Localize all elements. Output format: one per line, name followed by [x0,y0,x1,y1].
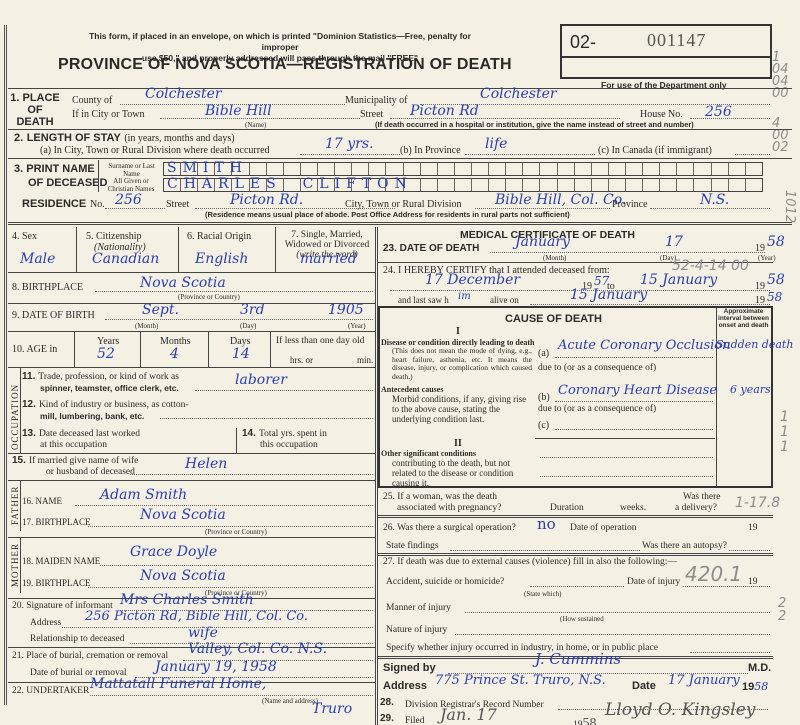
house-value: 256 [705,104,732,120]
residence-province-value: N.S. [700,192,729,208]
place-of-death-label: 1. PLACE OF DEATH [10,92,60,128]
due-to-label-a: due to (or as a consequence of) [538,363,656,373]
attended-to-date: 15 January [640,272,717,288]
residence-street-label: Street [166,199,189,210]
injury-year-prefix: 19 [748,577,758,587]
dod-label: 23. DATE OF DEATH [383,243,479,254]
occupation-side-label: OCCUPATION [10,375,20,450]
alive-year-prefix: 19 [755,295,765,306]
residence-street-value: Picton Rd. [230,192,303,208]
cause-c-prefix: (c) [538,420,549,431]
alive-date: 15 January [570,287,647,303]
cause-b-prefix: (b) [538,392,550,403]
alive-on-label: alive on [490,295,519,305]
duration-label: Duration [550,503,584,513]
spouse-value: Helen [185,456,227,472]
sex-label: 4. Sex [12,231,37,242]
relationship-label: Relationship to deceased [30,634,124,644]
operation-date-label: Date of operation [570,523,636,533]
city-label: If in City or Town [72,109,144,120]
nature-label: Nature of injury [386,625,447,635]
given-value: CHARLES CLIFTON [167,176,413,192]
dod-month-hint: (Month) [543,254,566,262]
mother-birthplace: Nova Scotia [140,568,226,584]
q25-code: 1-17.8 [735,495,780,511]
registrar-signature: Lloyd O. Kingsley [605,700,755,720]
margin-code-3: 1012 [782,190,797,223]
burial-date: January 19, 1958 [155,659,277,675]
physician-address: 775 Prince St. Truro, N.S. [435,673,606,688]
residence-city-value: Bible Hill, Col. Co. [495,192,626,208]
cause-a-interval: Sudden death [716,338,793,351]
informant-address-label: Address [30,618,61,628]
racial-value: English [195,251,248,267]
burial-place-label: 21. Place of burial, cremation or remova… [12,651,168,661]
q28-number: 28. [380,697,394,708]
filed-label: Filed [405,716,425,725]
stay-city-label: (a) In City, Town or Rural Division wher… [40,145,270,156]
q29-number: 29. [380,713,394,724]
undertaker-extra: Truro [312,701,352,717]
stay-province-label: (b) In Province [400,145,461,156]
registration-number: 001147 [647,30,706,51]
last-saw-pronoun: im [458,291,471,302]
mother-side-label: MOTHER [10,542,20,587]
signed-by-label: Signed by [383,662,436,674]
other-conditions-hint: contributing to the death, but not relat… [392,458,532,488]
dob-year: 1905 [328,302,364,318]
part-2-label: II [454,438,462,449]
registration-prefix: 02- [570,32,596,53]
stay-canada-label: (c) In Canada (if immigrant) [598,145,712,156]
notice-line-1: This form, if placed in an envelope, on … [70,31,490,53]
md-label: M.D. [748,662,771,674]
surname-boxes [163,162,763,176]
q14-label: 14. Total yrs. spent in this occupation [242,428,327,451]
birthplace-label: 8. BIRTHPLACE [12,282,83,293]
age-days: 14 [232,346,250,362]
signature-date-label: Date [632,680,656,692]
spouse-label: 15. If married give name of wife or husb… [12,455,138,478]
residence-city-label: City, Town or Rural Division [345,199,462,210]
dod-year: 58 [767,234,785,250]
manner-hint: (How sustained [560,615,604,623]
residence-province-label: Province [612,199,648,210]
father-name: Adam Smith [100,487,187,503]
q11-label: 11. Trade, profession, or kind of work a… [22,371,179,394]
margin-ticks: 1 1 1 [780,410,789,455]
weeks-label: weeks. [620,503,646,513]
municipality-value: Colchester [480,86,557,102]
sex-value: Male [20,251,55,267]
street-value: Picton Rd [410,103,479,119]
racial-label: 6. Racial Origin [187,231,251,242]
citizenship-value: Canadian [92,251,159,267]
length-of-stay-label: 2. LENGTH OF STAY (in years, months and … [14,131,235,144]
accident-hint: (State which) [524,590,562,598]
manner-label: Manner of injury [386,603,451,613]
left-border [4,25,7,705]
father-side-label: FATHER [10,485,20,525]
margin-codes-4: 2 2 [778,597,786,623]
form-title: PROVINCE OF NOVA SCOTIA—REGISTRATION OF … [58,56,512,74]
age-less-label: If less than one day old [276,336,364,346]
age-min-label: min. [357,355,373,365]
surgery-label: 26. Was there a surgical operation? [383,523,516,533]
residence-no-label: No. [90,199,105,210]
informant-address: 256 Picton Rd, Bible Hill, Col. Co. [85,609,308,624]
undertaker-value: Mattatall Funeral Home, [90,676,266,692]
birthplace-value: Nova Scotia [140,275,226,291]
part-1-label: I [456,326,460,337]
findings-label: State findings [386,541,439,551]
attended-from-date: 17 December [425,272,520,288]
registration-number-box: 02- 001147 [560,24,772,79]
autopsy-label: Was there an autopsy? [640,541,729,551]
to-year-prefix: 19 [755,281,765,292]
dod-year-prefix: 19 [755,243,765,254]
marital-value: married [300,251,357,267]
birthplace-hint: (Province or Country) [178,293,240,301]
mother-name-label: 18. MAIDEN NAME [22,556,100,566]
death-registration-form: This form, if placed in an envelope, on … [0,0,800,725]
dob-month: Sept. [142,302,179,318]
cause-b-interval: 6 years [730,383,771,396]
cause-a-value: Acute Coronary Occlusion [558,338,731,353]
cause-b-value: Coronary Heart Disease [558,383,717,398]
dod-month: January [515,234,570,250]
surgery-value: no [537,515,556,533]
relationship-value: wife [188,625,218,641]
father-birthplace-label: 17. BIRTHPLACE [22,517,90,527]
county-label: County of [72,95,112,106]
municipality-label: Municipality of [345,95,408,106]
age-months: 4 [170,346,179,362]
alive-year: 58 [767,290,782,304]
surname-label: Surname or Last Name [104,162,159,178]
q27-code: 420.1 [685,562,742,586]
father-name-label: 16. NAME [22,496,62,506]
city-hint: (Name) [245,121,266,129]
external-causes-label: 27. If death was due to external causes … [383,557,677,567]
accident-label: Accident, suicide or homicide? [386,577,504,587]
residence-note: (Residence means usual place of abode. P… [205,210,570,219]
county-value: Colchester [145,86,222,102]
due-to-label-b: due to (or as a consequence of) [538,404,656,414]
city-value: Bible Hill [205,103,272,119]
print-name-label: 3. PRINT NAME OF DECEASED [14,162,107,190]
antecedent-hint: Morbid conditions, if any, giving rise t… [392,394,532,424]
signature-year: 1958 [742,680,768,693]
informant-signature: Mrs Charles Smith [120,592,254,608]
undertaker-label: 22. UNDERTAKER [12,686,89,696]
dod-year-hint: (Year) [758,254,776,262]
house-label: House No. [640,109,683,120]
injury-date-label: Date of injury [625,577,682,587]
antecedent-label: Antecedent causes [381,385,443,394]
q13-label: 13. Date deceased last worked at this oc… [22,428,140,451]
street-label: Street [360,109,383,120]
signature-date: 17 January [668,673,740,688]
dod-day: 17 [665,234,683,250]
operation-year-prefix: 19 [748,523,758,533]
cause-title: CAUSE OF DEATH [505,313,602,325]
age-hrs-label: hrs. or [290,355,313,365]
physician-signature: J. Cummins [535,650,621,668]
margin-codes: 1 04 04 00 [772,52,797,100]
age-label: 10. AGE in [12,344,57,355]
undertaker-hint: (Name and address) [262,697,318,705]
residence-no-value: 256 [115,192,142,208]
age-years: 52 [97,346,115,362]
physician-address-label: Address [383,680,427,692]
dob-day-hint: (Day) [240,322,256,330]
mother-name: Grace Doyle [130,544,217,560]
filed-date: Jan. 17 [440,705,497,724]
residence-label: RESIDENCE [22,198,86,210]
father-birthplace-hint: (Province or Country) [205,528,267,536]
surname-value: SMITH [167,160,248,176]
given-label: All Given or Christian Names [100,177,162,193]
cause-a-prefix: (a) [538,348,549,359]
other-conditions-label: Other significant conditions [381,449,476,458]
occupation-value: laborer [235,372,287,388]
father-birthplace: Nova Scotia [140,507,226,523]
dob-month-hint: (Month) [135,322,158,330]
dob-day: 3rd [240,302,265,318]
stay-province-value: life [485,136,507,152]
filed-year: 1958 [573,716,597,725]
immediate-cause-hint: (This does not mean the mode of dying, e… [392,347,532,381]
to-year: 58 [767,272,785,288]
dob-label: 9. DATE OF BIRTH [12,310,95,321]
stay-city-value: 17 yrs. [325,136,374,152]
mother-birthplace-label: 19. BIRTHPLACE [22,578,90,588]
q25-label: 25. If a woman, was the death associated… [383,492,501,514]
interval-header: Approximate interval between onset and d… [716,308,771,329]
citizenship-label: 5. Citizenship (Nationality) [86,231,146,253]
delivery-label: Was there a delivery? [675,492,720,514]
dob-year-hint: (Year) [348,322,366,330]
burial-place: Valley, Col. Co. N.S. [188,641,327,657]
last-saw-label: and last saw h [398,295,449,305]
place-note: (If death occurred in a hospital or inst… [375,120,694,129]
margin-codes-2: 4 00 02 [772,118,797,154]
